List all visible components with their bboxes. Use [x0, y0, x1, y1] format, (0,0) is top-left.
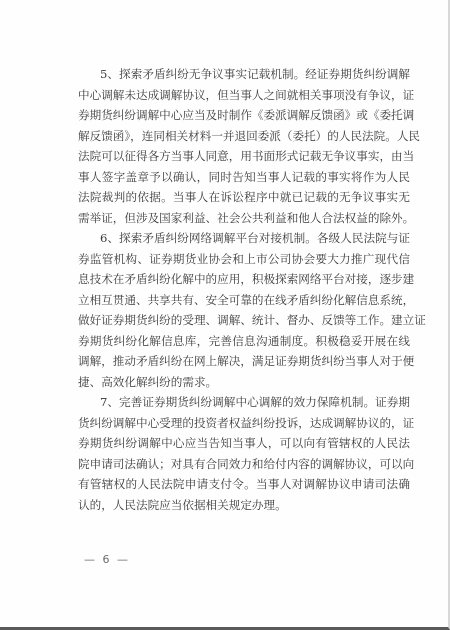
paragraph-5-line-6: 事人签字盖章予以确认，同时告知当事人记载的事实将作为人民 [78, 167, 410, 188]
page-number: — 6 — [84, 553, 130, 566]
paragraph-7-line-2: 货纠纷调解中心受理的投资者权益纠纷投诉，达成调解协议的，证 [78, 413, 410, 434]
paragraph-6-line-1: 6、探索矛盾纠纷网络调解平台对接机制。各级人民法院与证 [78, 228, 410, 249]
paragraph-5-line-1: 5、探索矛盾纠纷无争议事实记载机制。经证券期货纠纷调解 [78, 64, 410, 85]
paragraph-6-line-8: 捷、高效化解纠纷的需求。 [78, 372, 410, 393]
paragraph-6-line-5: 做好证券期货纠纷的受理、调解、统计、督办、反馈等工作。建立证 [78, 310, 410, 331]
document-page: 5、探索矛盾纠纷无争议事实记载机制。经证券期货纠纷调解 中心调解未达成调解协议，… [0, 0, 450, 630]
paragraph-5-line-5: 法院可以征得各方当事人同意，用书面形式记载无争议事实，由当 [78, 146, 410, 167]
paragraph-5-line-3: 券期货纠纷调解中心应当及时制作《委派调解反馈函》或《委托调 [78, 105, 410, 126]
paragraph-6-line-4: 立相互贯通、共享共有、安全可靠的在线矛盾纠纷化解信息系统， [78, 290, 410, 311]
paragraph-7-line-1: 7、完善证券期货纠纷调解中心调解的效力保障机制。证券期 [78, 392, 410, 413]
paragraph-7-line-4: 院申请司法确认；对具有合同效力和给付内容的调解协议，可以向 [78, 454, 410, 475]
paragraph-5-line-7: 法院裁判的依据。当事人在诉讼程序中就已记载的无争议事实无 [78, 187, 410, 208]
paragraph-6-line-7: 调解，推动矛盾纠纷在网上解决，满足证券期货纠纷当事人对于便 [78, 351, 410, 372]
paragraph-5-line-4: 解反馈函》，连同相关材料一并退回委派（委托）的人民法院。人民 [78, 126, 410, 147]
document-body: 5、探索矛盾纠纷无争议事实记载机制。经证券期货纠纷调解 中心调解未达成调解协议，… [78, 64, 410, 515]
paragraph-5-line-8: 需举证，但涉及国家利益、社会公共利益和他人合法权益的除外。 [78, 208, 410, 229]
paragraph-7-line-3: 券期货纠纷调解中心应当告知当事人，可以向有管辖权的人民法 [78, 433, 410, 454]
paragraph-7-line-5: 有管辖权的人民法院申请支付令。当事人对调解协议申请司法确 [78, 474, 410, 495]
paragraph-6-line-3: 息技术在矛盾纠纷化解中的应用，积极探索网络平台对接，逐步建 [78, 269, 410, 290]
paragraph-7-line-6: 认的，人民法院应当依据相关规定办理。 [78, 495, 410, 516]
paragraph-5-line-2: 中心调解未达成调解协议，但当事人之间就相关事项没有争议，证 [78, 85, 410, 106]
paragraph-6-line-2: 券监管机构、证券期货业协会和上市公司协会要大力推广现代信 [78, 249, 410, 270]
paragraph-6-line-6: 券期货纠纷化解信息库，完善信息沟通制度。积极稳妥开展在线 [78, 331, 410, 352]
